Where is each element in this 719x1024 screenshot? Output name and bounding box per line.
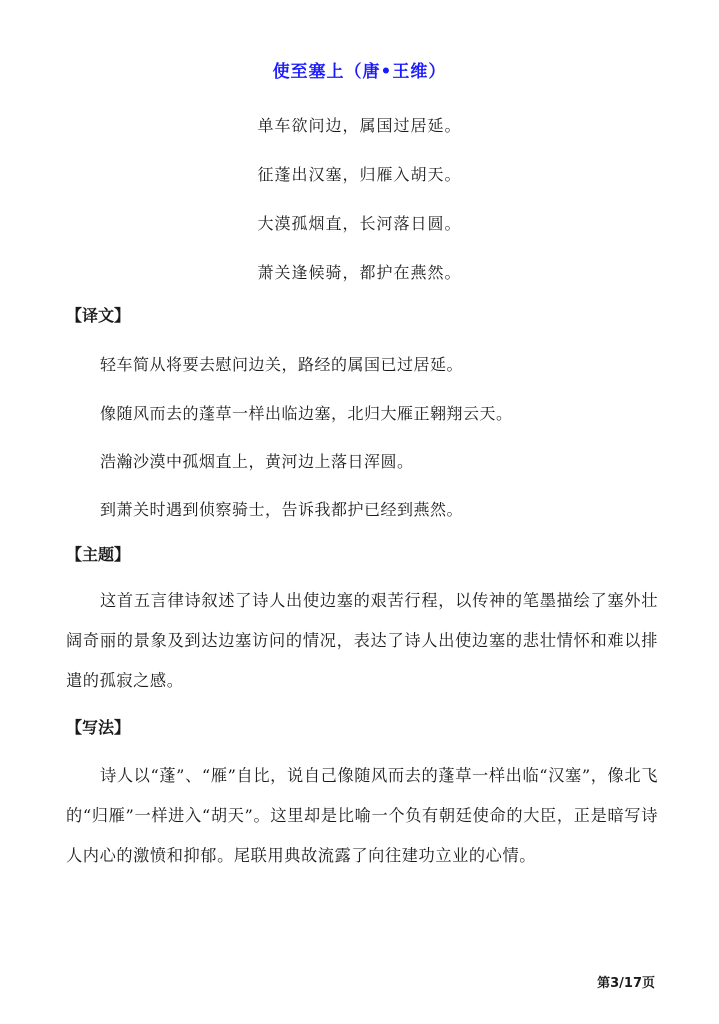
theme-heading: 【主题】	[66, 542, 130, 565]
translation-line: 轻车简从将要去慰问边关，路经的属国已过居延。	[100, 352, 463, 375]
theme-paragraph: 这首五言律诗叙述了诗人出使边塞的艰苦行程，以传神的笔墨描绘了塞外壮阔奇丽的景象及…	[66, 581, 658, 701]
poem-line: 征蓬出汉塞，归雁入胡天。	[0, 162, 719, 185]
poem-line: 大漠孤烟直，长河落日圆。	[0, 211, 719, 234]
poem-line: 单车欲问边，属国过居延。	[0, 113, 719, 136]
poem-title: 使至塞上（唐•王维）	[0, 57, 719, 82]
translation-line: 浩瀚沙漠中孤烟直上，黄河边上落日浑圆。	[100, 449, 414, 472]
poem-line: 萧关逢候骑，都护在燕然。	[0, 260, 719, 283]
translation-heading: 【译文】	[66, 303, 130, 326]
page-indicator: 第3/17页	[597, 972, 655, 991]
document-page: 使至塞上（唐•王维） 单车欲问边，属国过居延。 征蓬出汉塞，归雁入胡天。 大漠孤…	[0, 0, 719, 1024]
technique-paragraph: 诗人以“蓬”、“雁”自比，说自己像随风而去的蓬草一样出临“汉塞”，像北飞的“归雁…	[66, 756, 658, 876]
technique-heading: 【写法】	[66, 715, 130, 738]
translation-line: 像随风而去的蓬草一样出临边塞，北归大雁正翱翔云天。	[100, 401, 513, 424]
translation-line: 到萧关时遇到侦察骑士，告诉我都护已经到燕然。	[100, 497, 463, 520]
